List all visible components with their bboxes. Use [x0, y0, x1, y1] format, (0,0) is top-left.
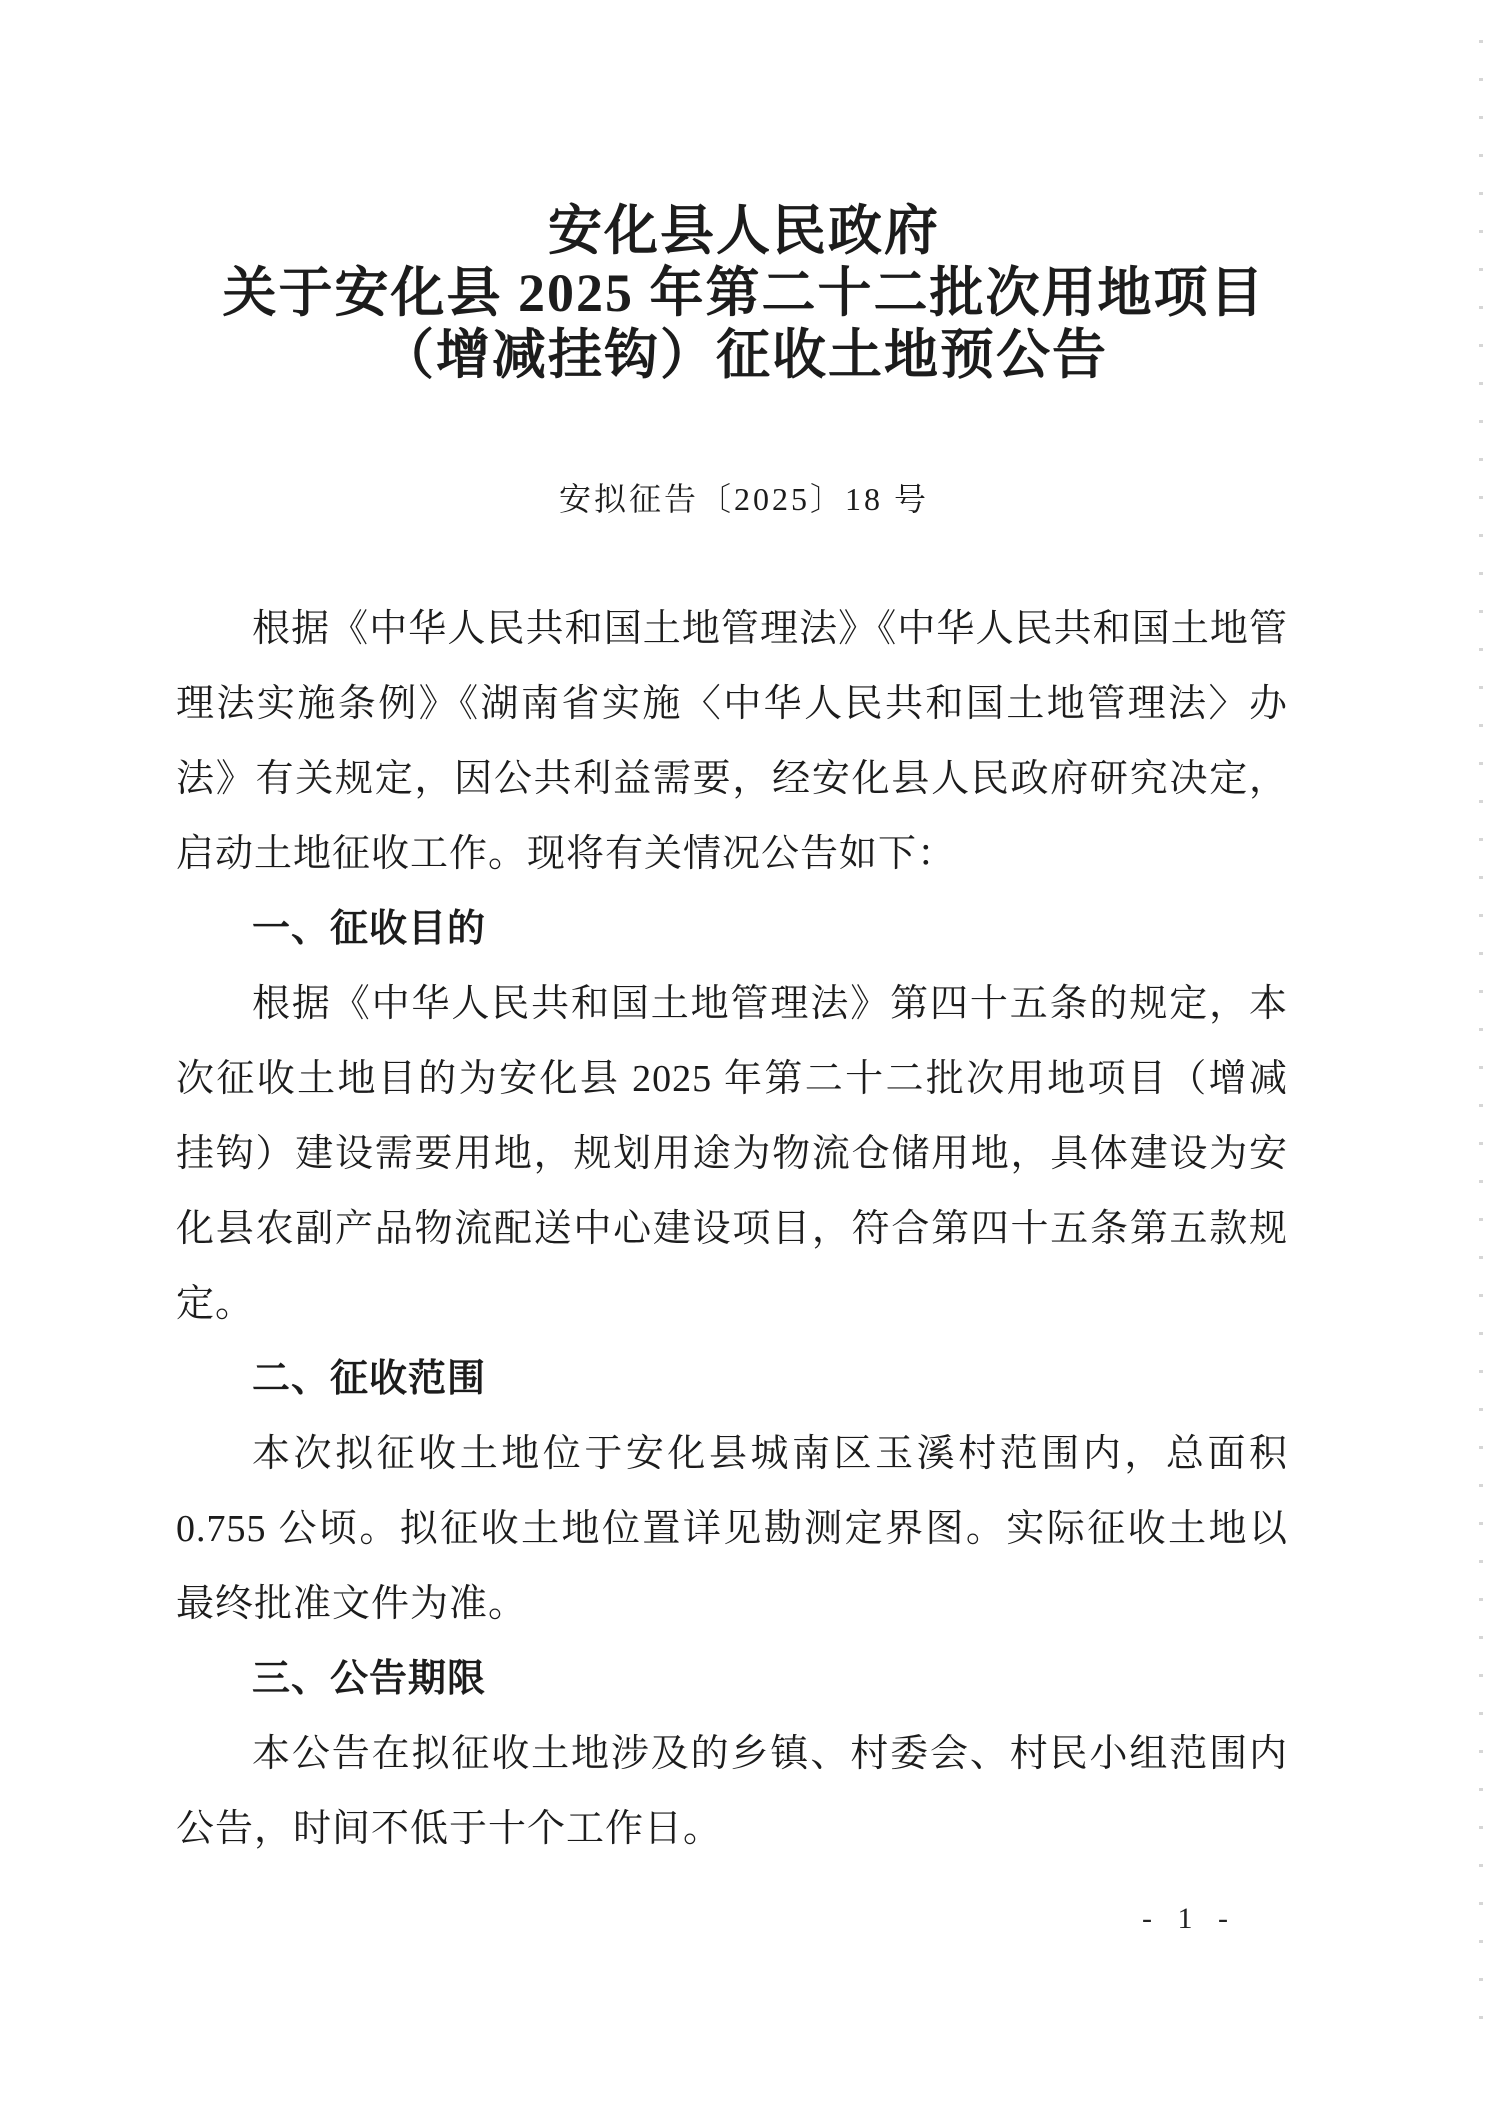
section-1-heading: 一、征收目的 [176, 892, 1288, 967]
document-title: 安化县人民政府 关于安化县 2025 年第二十二批次用地项目 （增减挂钩）征收土… [0, 200, 1488, 386]
document-body: 根据《中华人民共和国土地管理法》《中华人民共和国土地管理法实施条例》《湖南省实施… [176, 592, 1288, 1867]
title-line-3: （增减挂钩）征收土地预公告 [0, 324, 1488, 386]
section-1-paragraph: 根据《中华人民共和国土地管理法》第四十五条的规定，本次征收土地目的为安化县 20… [176, 967, 1288, 1342]
page-number: - 1 - [1142, 1902, 1237, 1936]
document-header: 安化县人民政府 关于安化县 2025 年第二十二批次用地项目 （增减挂钩）征收土… [0, 200, 1488, 520]
scan-edge-artifact [1479, 40, 1483, 2020]
document-page: 安化县人民政府 关于安化县 2025 年第二十二批次用地项目 （增减挂钩）征收土… [0, 0, 1488, 2104]
intro-paragraph: 根据《中华人民共和国土地管理法》《中华人民共和国土地管理法实施条例》《湖南省实施… [176, 592, 1288, 892]
section-3-paragraph: 本公告在拟征收土地涉及的乡镇、村委会、村民小组范围内公告，时间不低于十个工作日。 [176, 1717, 1288, 1867]
title-line-1: 安化县人民政府 [0, 200, 1488, 262]
document-number: 安拟征告〔2025〕18 号 [0, 474, 1488, 520]
section-3-heading: 三、公告期限 [176, 1642, 1288, 1717]
section-2-heading: 二、征收范围 [176, 1342, 1288, 1417]
title-line-2: 关于安化县 2025 年第二十二批次用地项目 [0, 262, 1488, 324]
section-2-paragraph: 本次拟征收土地位于安化县城南区玉溪村范围内，总面积 0.755 公顷。拟征收土地… [176, 1417, 1288, 1642]
